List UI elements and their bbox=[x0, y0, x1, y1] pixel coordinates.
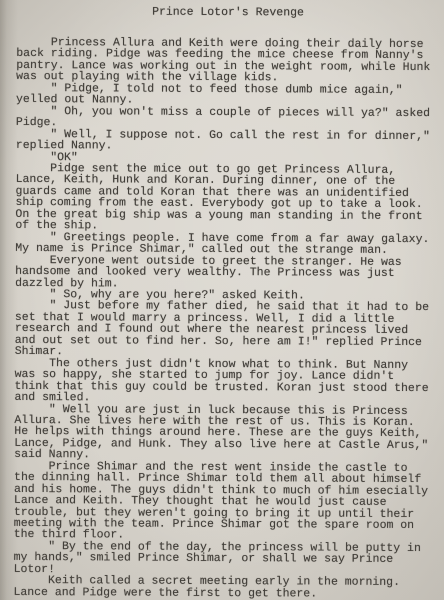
story-body-text: Princess Allura and Keith were doing the… bbox=[13, 37, 439, 600]
page-content: Prince Lotor's Revenge Princess Allura a… bbox=[0, 0, 444, 600]
paper-page: Prince Lotor's Revenge Princess Allura a… bbox=[0, 0, 444, 600]
page-title: Prince Lotor's Revenge bbox=[16, 5, 439, 21]
